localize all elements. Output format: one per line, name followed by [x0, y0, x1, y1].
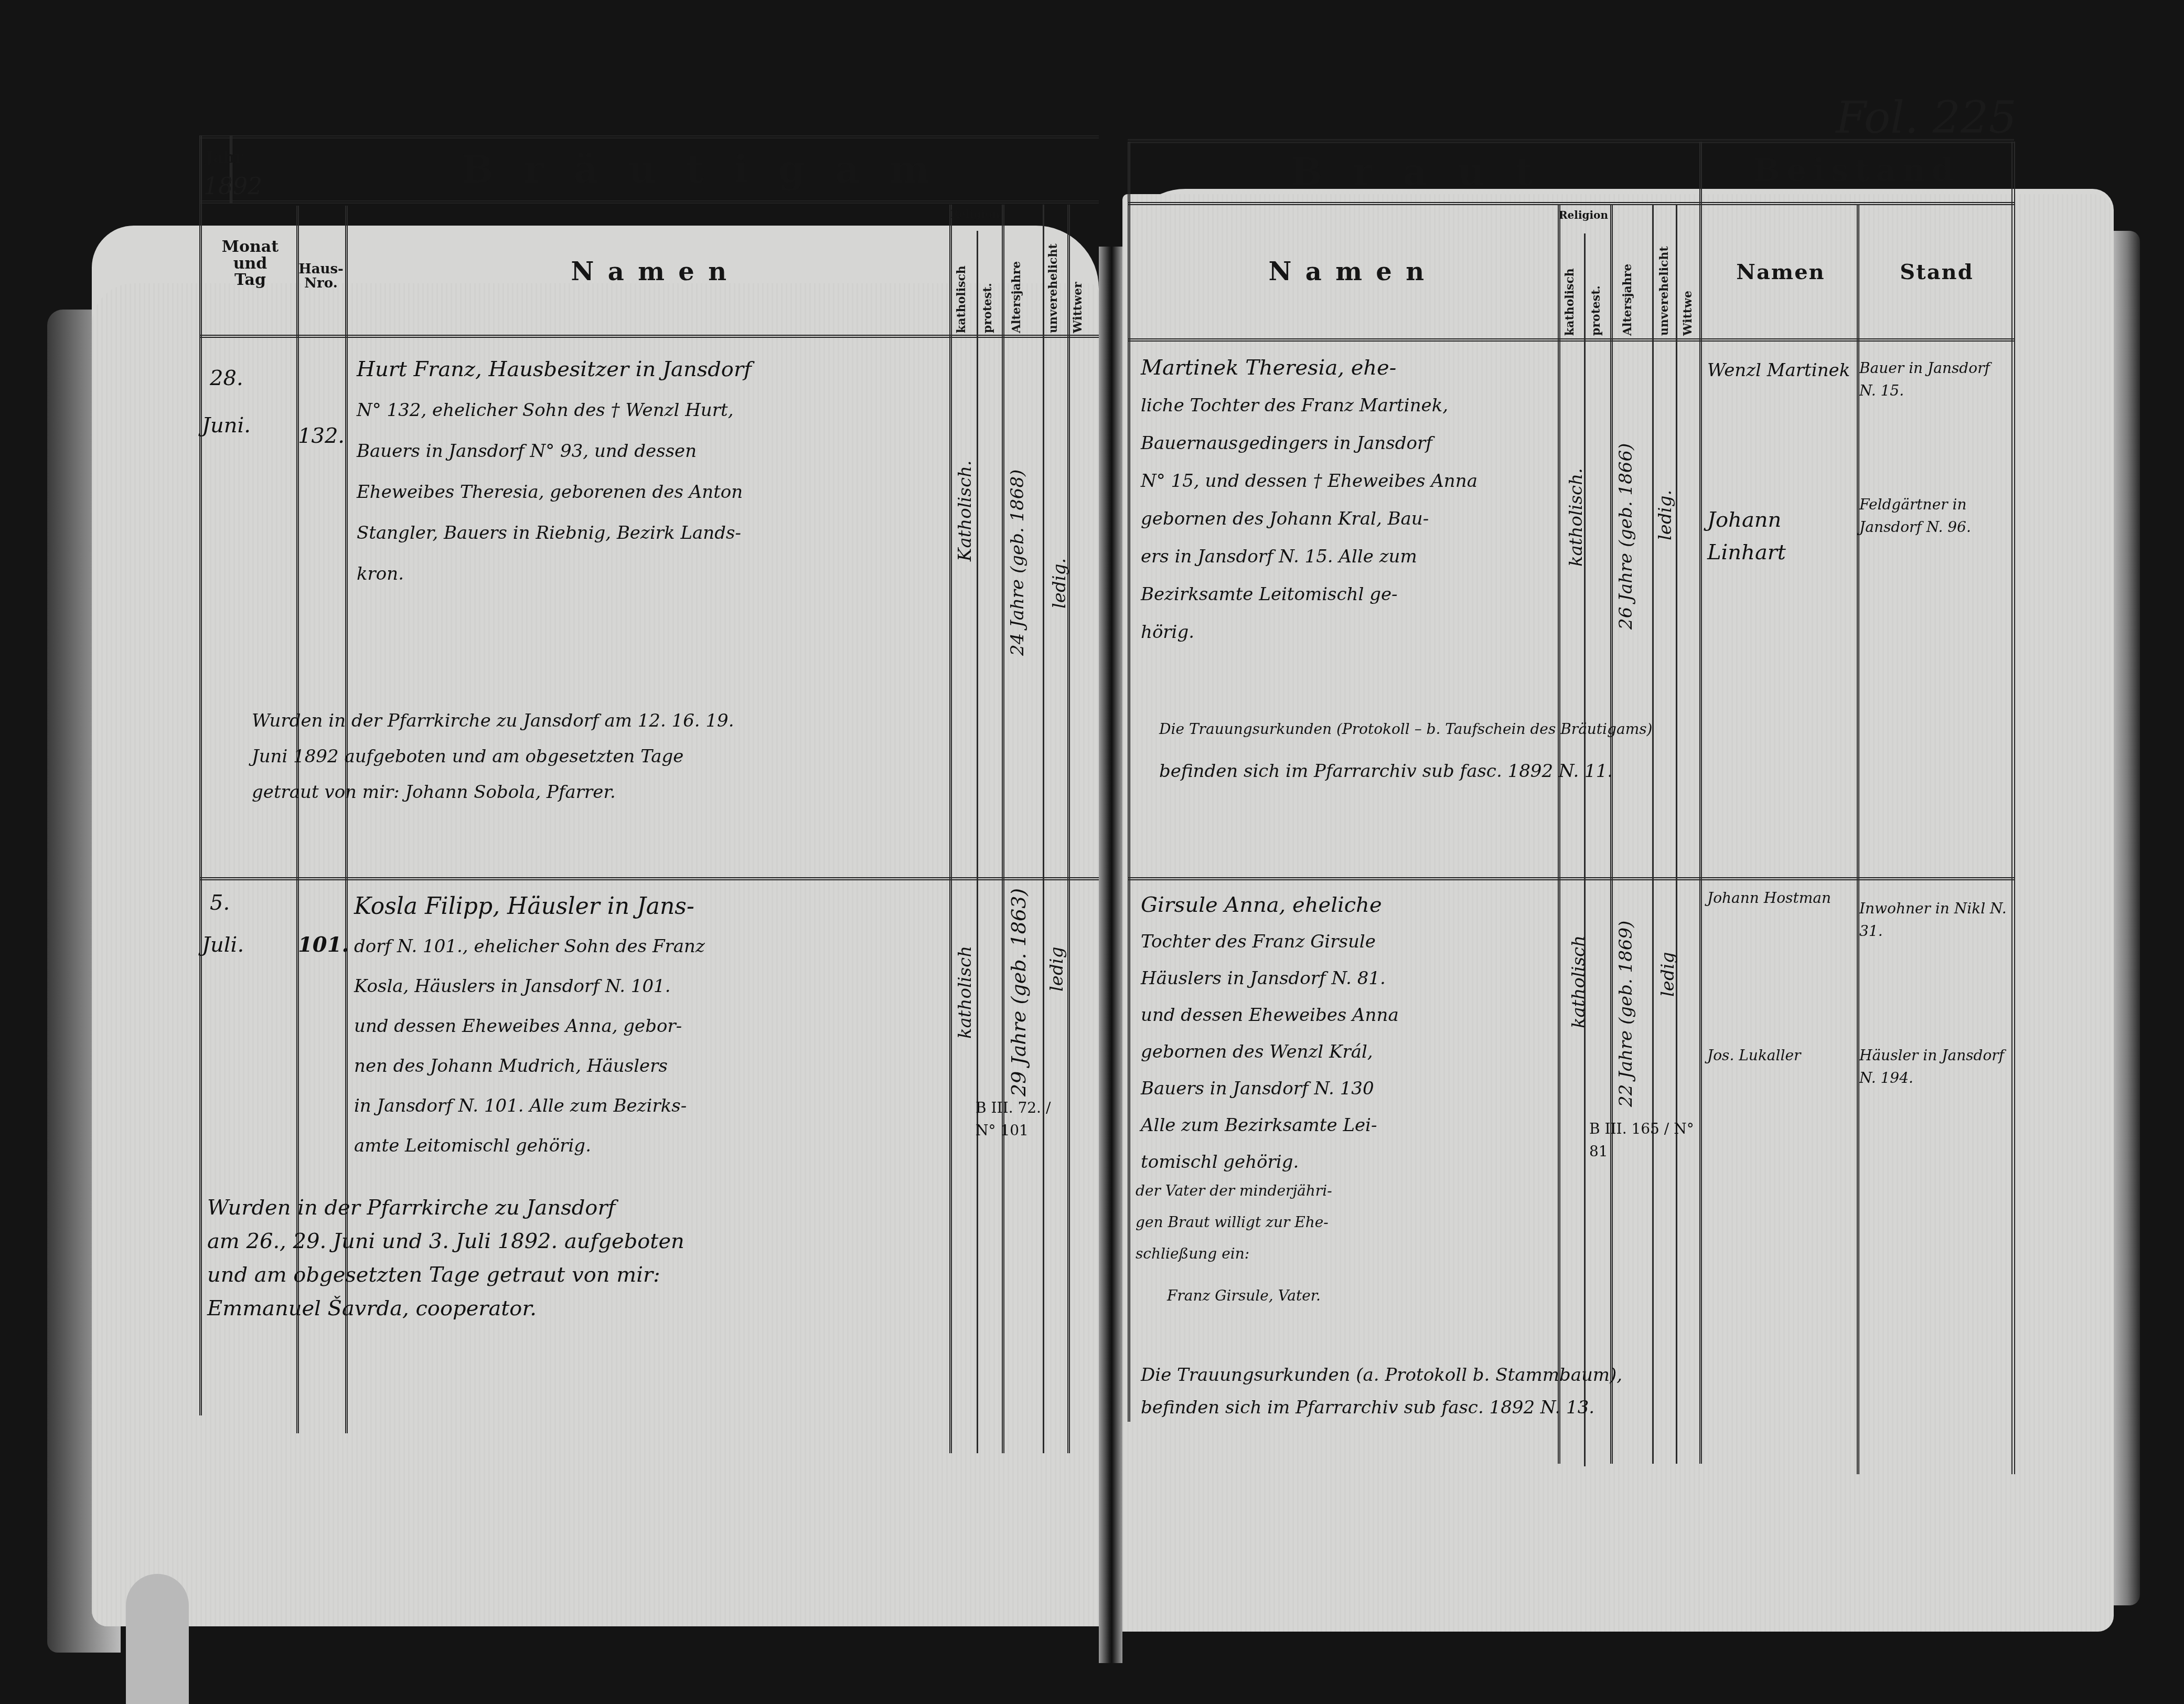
bride-name-text: Girsule Anna, eheliche Tochter des Franz…: [1141, 887, 1555, 1180]
banns-note: Wurden in der Pfarrkirche zu Jansdorf am…: [252, 703, 986, 810]
father-consent-note: der Vater der minderjähri- gen Braut wil…: [1136, 1175, 1555, 1312]
entry-date-month: Juni.: [202, 409, 251, 442]
witness-status: Inwohner in Nikl N. 31.: [1859, 897, 2009, 943]
bride-age: 22 Jahre (geb. 1869): [1615, 887, 1636, 1107]
col-house-header: Haus- Nro.: [298, 262, 344, 291]
bride-status: ledig: [1657, 923, 1678, 997]
groom-religion: katholisch: [955, 918, 976, 1039]
col-unmarried-header: unverehelicht: [1046, 239, 1060, 333]
entry-date-month: Juli.: [202, 929, 244, 961]
documents-note: Die Trauungsurkunden (a. Protokoll b. St…: [1141, 1359, 2006, 1424]
witness-name: Wenzl Martinek: [1707, 357, 1854, 385]
col-religion-header: Religion: [950, 209, 976, 220]
witness-status: Bauer in Jansdorf N. 15.: [1859, 357, 2009, 402]
witness-name: Johann Hostman: [1707, 887, 1854, 909]
groom-status: ledig.: [1049, 540, 1070, 609]
entry-date-day: 5.: [210, 887, 230, 919]
col-protestant-header: protest.: [1589, 273, 1603, 336]
groom-religion: Katholisch.: [955, 404, 976, 561]
witness-status: Feldgärtner in Jansdorf N. 96.: [1859, 493, 2009, 539]
bride-age: 26 Jahre (geb. 1866): [1615, 399, 1636, 630]
bride-religion: katholisch.: [1566, 451, 1587, 567]
groom-status: ledig: [1046, 923, 1067, 992]
banns-note: Wurden in der Pfarrkirche zu Jansdorf am…: [207, 1191, 983, 1325]
col-unmarried-header: unverehelicht: [1657, 241, 1671, 336]
folio-number: Fol. 225: [1836, 92, 2017, 143]
entry-date-day: 28.: [210, 362, 243, 395]
bride-religion: katholisch: [1568, 908, 1589, 1028]
col-catholic-header: katholisch: [955, 262, 968, 333]
groom-name-text: Hurt Franz, Hausbesitzer in Jansdorf N° …: [357, 349, 944, 594]
year-value: 1892: [204, 173, 262, 200]
col-age-header: Altersjahre: [1010, 244, 1023, 333]
year-label: Jahr: [206, 150, 232, 166]
bride-name-text: Martinek Theresia, ehe- liche Tochter de…: [1141, 349, 1555, 651]
col-catholic-header: katholisch: [1563, 262, 1577, 336]
groom-section-title: Bräutigam: [462, 147, 934, 191]
entry-house-no: 101.: [298, 929, 349, 961]
col-date-header: Monat und Tag: [206, 239, 295, 289]
entry-house-no: 132.: [298, 420, 345, 452]
book-gutter: [1099, 247, 1122, 1663]
witness-section-title: Beistand: [1707, 152, 2006, 189]
bookmark-ribbon: [126, 1574, 189, 1704]
col-name-header: Namen: [1196, 257, 1511, 286]
col-age-header: Altersjahre: [1621, 247, 1634, 336]
col-religion-header: Religion: [1559, 210, 1584, 221]
bride-status: ledig.: [1655, 467, 1676, 540]
col-name-header: Namen: [472, 257, 839, 286]
documents-note: Die Trauungsurkunden (Protokoll – b. Tau…: [1159, 708, 1998, 792]
groom-age: 29 Jahre (geb. 1863): [1007, 887, 1030, 1096]
col-widow-header: Wittwe: [1681, 278, 1695, 336]
bride-section-title: Braut: [1269, 150, 1584, 194]
witness-status: Häusler in Jansdorf N. 194.: [1859, 1044, 2009, 1090]
bride-reference: B III. 165 / N° 81: [1589, 1117, 1694, 1163]
witness-name: Johann Linhart: [1707, 504, 1854, 569]
col-protestant-header: protest.: [981, 273, 994, 333]
groom-age: 24 Jahre (geb. 1868): [1007, 414, 1028, 656]
witness-name: Jos. Lukaller: [1707, 1044, 1854, 1067]
col-widower-header: Wittwer: [1071, 268, 1085, 333]
groom-name-text: Kosla Filipp, Häusler in Jans- dorf N. 1…: [354, 887, 947, 1166]
witness-col-name-header: Namen: [1705, 260, 1857, 284]
groom-reference: B III. 72. / N° 101: [976, 1096, 1070, 1142]
witness-col-status-header: Stand: [1862, 260, 2011, 284]
